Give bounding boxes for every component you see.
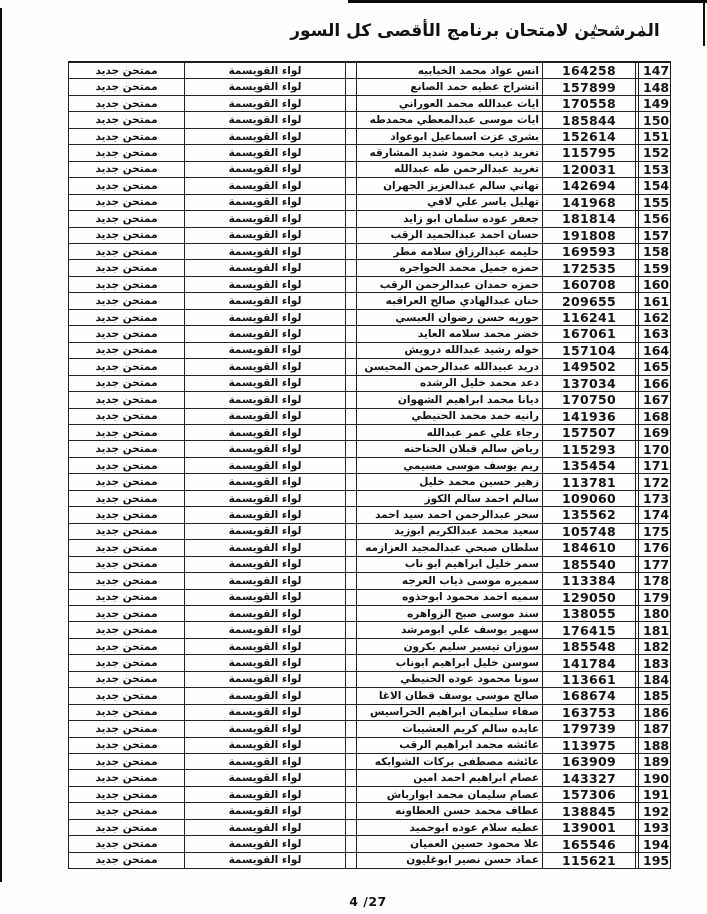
id-number-cell: 115795 <box>543 145 635 160</box>
name-cell: خضر محمد سلامه العايد <box>357 326 543 341</box>
name-cell: سالم احمد سالم الكوز <box>357 491 543 506</box>
table-row: ممتحن جديد لواء القويسمة صالح موسى يوسف … <box>68 688 671 704</box>
region-cell: لواء القويسمة <box>185 244 345 259</box>
spacer-cell <box>345 557 357 572</box>
spacer-cell <box>345 277 357 292</box>
row-number-cell: 180 <box>639 606 671 621</box>
row-number-cell: 159 <box>639 260 671 275</box>
region-cell: لواء القويسمة <box>185 705 345 720</box>
table-row: ممتحن جديد لواء القويسمة عائشه محمد ابرا… <box>68 738 671 754</box>
table-row: ممتحن جديد لواء القويسمة سميره موسى ذياب… <box>68 573 671 589</box>
name-cell: انس عواد محمد الخبابيه <box>357 63 543 78</box>
name-cell: ايات موسى عبدالمعطي محمدطه <box>357 112 543 127</box>
id-number-cell: 141936 <box>543 409 635 424</box>
status-cell: ممتحن جديد <box>68 721 185 736</box>
table-row: ممتحن جديد لواء القويسمة سميه احمد محمود… <box>68 590 671 606</box>
name-cell: سهير يوسف علي ابومرشد <box>357 622 543 637</box>
name-cell: سلطان صبحي عبدالمجيد العزازمه <box>357 540 543 555</box>
status-cell: ممتحن جديد <box>68 211 185 226</box>
row-number-cell: 195 <box>639 853 671 868</box>
row-number-cell: 162 <box>639 310 671 325</box>
status-cell: ممتحن جديد <box>68 557 185 572</box>
status-cell: ممتحن جديد <box>68 129 185 144</box>
region-cell: لواء القويسمة <box>185 590 345 605</box>
spacer-cell <box>345 425 357 440</box>
spacer-cell <box>345 458 357 473</box>
id-number-cell: 113661 <box>543 672 635 687</box>
status-cell: ممتحن جديد <box>68 260 185 275</box>
name-cell: صالح موسى يوسف قطان الاغا <box>357 688 543 703</box>
spacer-cell <box>345 721 357 736</box>
table-row: ممتحن جديد لواء القويسمة سونا محمود عوده… <box>68 672 671 688</box>
status-cell: ممتحن جديد <box>68 770 185 785</box>
id-number-cell: 185844 <box>543 112 635 127</box>
name-cell: عصام ابراهيم احمد امين <box>357 770 543 785</box>
id-number-cell: 191808 <box>543 228 635 243</box>
name-cell: تغريد ذيب محمود شديد المشارقه <box>357 145 543 160</box>
region-cell: لواء القويسمة <box>185 79 345 94</box>
name-cell: رجاء علي عمر عبدالله <box>357 425 543 440</box>
table-row: ممتحن جديد لواء القويسمة عايده سالم كريم… <box>68 721 671 737</box>
name-cell: سميره موسى ذياب العرجه <box>357 573 543 588</box>
region-cell: لواء القويسمة <box>185 688 345 703</box>
name-cell: عائشه مصطفى بركات الشوابكه <box>357 754 543 769</box>
row-number-cell: 164 <box>639 343 671 358</box>
region-cell: لواء القويسمة <box>185 145 345 160</box>
region-cell: لواء القويسمة <box>185 721 345 736</box>
name-cell: حوريه حسن رضوان العبسي <box>357 310 543 325</box>
row-number-cell: 148 <box>639 79 671 94</box>
region-cell: لواء القويسمة <box>185 557 345 572</box>
scan-artifact-top-line <box>348 0 707 3</box>
row-number-cell: 191 <box>639 787 671 802</box>
stray-mark: ٨ <box>593 23 598 33</box>
id-number-cell: 164258 <box>543 63 635 78</box>
id-number-cell: 152614 <box>543 129 635 144</box>
row-number-cell: 175 <box>639 524 671 539</box>
status-cell: ممتحن جديد <box>68 836 185 851</box>
row-number-cell: 179 <box>639 590 671 605</box>
id-number-cell: 139001 <box>543 820 635 835</box>
table-row: ممتحن جديد لواء القويسمة خوله رشيد عبدال… <box>68 343 671 359</box>
row-number-cell: 165 <box>639 359 671 374</box>
row-number-cell: 172 <box>639 474 671 489</box>
row-number-cell: 178 <box>639 573 671 588</box>
status-cell: ممتحن جديد <box>68 803 185 818</box>
region-cell: لواء القويسمة <box>185 96 345 111</box>
region-cell: لواء القويسمة <box>185 277 345 292</box>
table-row: ممتحن جديد لواء القويسمة عائشه مصطفى برك… <box>68 754 671 770</box>
id-number-cell: 135454 <box>543 458 635 473</box>
name-cell: عماد حسن نصير ابوغليون <box>357 853 543 868</box>
status-cell: ممتحن جديد <box>68 458 185 473</box>
region-cell: لواء القويسمة <box>185 754 345 769</box>
id-number-cell: 105748 <box>543 524 635 539</box>
region-cell: لواء القويسمة <box>185 803 345 818</box>
row-number-cell: 154 <box>639 178 671 193</box>
name-cell: خوله رشيد عبدالله درويش <box>357 343 543 358</box>
spacer-cell <box>345 803 357 818</box>
row-number-cell: 167 <box>639 392 671 407</box>
table-row: ممتحن جديد لواء القويسمة حمزه حمدان عبدا… <box>68 277 671 293</box>
spacer-cell <box>345 129 357 144</box>
table-row: ممتحن جديد لواء القويسمة رياض سالم قبلان… <box>68 441 671 457</box>
name-cell: عطاف محمد حسن العطاونه <box>357 803 543 818</box>
spacer-cell <box>345 211 357 226</box>
id-number-cell: 135562 <box>543 507 635 522</box>
status-cell: ممتحن جديد <box>68 853 185 868</box>
name-cell: دعد محمد خليل الرشده <box>357 376 543 391</box>
table-row: ممتحن جديد لواء القويسمة عطاف محمد حسن ا… <box>68 803 671 819</box>
row-number-cell: 189 <box>639 754 671 769</box>
status-cell: ممتحن جديد <box>68 655 185 670</box>
spacer-cell <box>345 260 357 275</box>
name-cell: عطيه سلام عوده ابوحميد <box>357 820 543 835</box>
spacer-cell <box>345 573 357 588</box>
row-number-cell: 184 <box>639 672 671 687</box>
id-number-cell: 138055 <box>543 606 635 621</box>
row-number-cell: 185 <box>639 688 671 703</box>
table-row: ممتحن جديد لواء القويسمة انشراح عطيه حمد… <box>68 79 671 95</box>
row-number-cell: 151 <box>639 129 671 144</box>
region-cell: لواء القويسمة <box>185 573 345 588</box>
id-number-cell: 115621 <box>543 853 635 868</box>
region-cell: لواء القويسمة <box>185 474 345 489</box>
row-number-cell: 190 <box>639 770 671 785</box>
id-number-cell: 157104 <box>543 343 635 358</box>
status-cell: ممتحن جديد <box>68 590 185 605</box>
spacer-cell <box>345 178 357 193</box>
region-cell: لواء القويسمة <box>185 458 345 473</box>
spacer-cell <box>345 112 357 127</box>
status-cell: ممتحن جديد <box>68 688 185 703</box>
name-cell: سونا محمود عوده الحنيطي <box>357 672 543 687</box>
candidates-table: ممتحن جديد لواء القويسمة انس عواد محمد ا… <box>68 61 671 869</box>
id-number-cell: 185548 <box>543 639 635 654</box>
id-number-cell: 179739 <box>543 721 635 736</box>
table-row: ممتحن جديد لواء القويسمة سالم احمد سالم … <box>68 491 671 507</box>
name-cell: سند موسى صبح الزواهره <box>357 606 543 621</box>
id-number-cell: 137034 <box>543 376 635 391</box>
row-number-cell: 158 <box>639 244 671 259</box>
row-number-cell: 173 <box>639 491 671 506</box>
table-row: ممتحن جديد لواء القويسمة دريد عبيدالله ع… <box>68 359 671 375</box>
spacer-cell <box>345 474 357 489</box>
spacer-cell <box>345 63 357 78</box>
name-cell: رانيه حمد محمد الحنيطي <box>357 409 543 424</box>
spacer-cell <box>345 655 357 670</box>
table-row: ممتحن جديد لواء القويسمة سهير يوسف علي ا… <box>68 622 671 638</box>
region-cell: لواء القويسمة <box>185 228 345 243</box>
id-number-cell: 141968 <box>543 195 635 210</box>
row-number-cell: 169 <box>639 425 671 440</box>
row-number-cell: 153 <box>639 162 671 177</box>
region-cell: لواء القويسمة <box>185 672 345 687</box>
table-row: ممتحن جديد لواء القويسمة دعد محمد خليل ا… <box>68 376 671 392</box>
region-cell: لواء القويسمة <box>185 738 345 753</box>
id-number-cell: 160708 <box>543 277 635 292</box>
table-row: ممتحن جديد لواء القويسمة بشرى عزت اسماعي… <box>68 129 671 145</box>
table-row: ممتحن جديد لواء القويسمة سند موسى صبح ال… <box>68 606 671 622</box>
region-cell: لواء القويسمة <box>185 178 345 193</box>
region-cell: لواء القويسمة <box>185 836 345 851</box>
region-cell: لواء القويسمة <box>185 359 345 374</box>
id-number-cell: 157306 <box>543 787 635 802</box>
spacer-cell <box>345 754 357 769</box>
id-number-cell: 143327 <box>543 770 635 785</box>
spacer-cell <box>345 376 357 391</box>
name-cell: علا محمود حسين العميان <box>357 836 543 851</box>
status-cell: ممتحن جديد <box>68 540 185 555</box>
spacer-cell <box>345 622 357 637</box>
status-cell: ممتحن جديد <box>68 524 185 539</box>
status-cell: ممتحن جديد <box>68 376 185 391</box>
table-row: ممتحن جديد لواء القويسمة عطيه سلام عوده … <box>68 820 671 836</box>
spacer-cell <box>345 705 357 720</box>
spacer-cell <box>345 392 357 407</box>
table-row: ممتحن جديد لواء القويسمة ديانا محمد ابرا… <box>68 392 671 408</box>
id-number-cell: 109060 <box>543 491 635 506</box>
id-number-cell: 181814 <box>543 211 635 226</box>
region-cell: لواء القويسمة <box>185 425 345 440</box>
status-cell: ممتحن جديد <box>68 425 185 440</box>
region-cell: لواء القويسمة <box>185 376 345 391</box>
status-cell: ممتحن جديد <box>68 738 185 753</box>
id-number-cell: 167061 <box>543 326 635 341</box>
row-number-cell: 183 <box>639 655 671 670</box>
table-row: ممتحن جديد لواء القويسمة عصام ابراهيم اح… <box>68 770 671 786</box>
spacer-cell <box>345 145 357 160</box>
status-cell: ممتحن جديد <box>68 326 185 341</box>
id-number-cell: 116241 <box>543 310 635 325</box>
row-number-cell: 192 <box>639 803 671 818</box>
row-number-cell: 193 <box>639 820 671 835</box>
name-cell: رياض سالم قبلان الحناحنه <box>357 441 543 456</box>
id-number-cell: 170558 <box>543 96 635 111</box>
table-row: ممتحن جديد لواء القويسمة خضر محمد سلامه … <box>68 326 671 342</box>
name-cell: جعفر عوده سلمان ابو زايد <box>357 211 543 226</box>
name-cell: عصام سليمان محمد ابوارباش <box>357 787 543 802</box>
table-row: ممتحن جديد لواء القويسمة حليمه عبدالرزاق… <box>68 244 671 260</box>
name-cell: حسان احمد عبدالحميد الرقب <box>357 228 543 243</box>
row-number-cell: 182 <box>639 639 671 654</box>
name-cell: سمر خليل ابراهيم ابو ناب <box>357 557 543 572</box>
table-row: ممتحن جديد لواء القويسمة حمزه جميل محمد … <box>68 260 671 276</box>
id-number-cell: 185540 <box>543 557 635 572</box>
status-cell: ممتحن جديد <box>68 162 185 177</box>
id-number-cell: 157507 <box>543 425 635 440</box>
spacer-cell <box>345 524 357 539</box>
spacer-cell <box>345 343 357 358</box>
name-cell: سعيد محمد عبدالكريم ابوزيد <box>357 524 543 539</box>
region-cell: لواء القويسمة <box>185 524 345 539</box>
status-cell: ممتحن جديد <box>68 491 185 506</box>
name-cell: زهير حسين محمد خليل <box>357 474 543 489</box>
status-cell: ممتحن جديد <box>68 672 185 687</box>
status-cell: ممتحن جديد <box>68 79 185 94</box>
row-number-cell: 150 <box>639 112 671 127</box>
region-cell: لواء القويسمة <box>185 392 345 407</box>
name-cell: انشراح عطيه حمد الصانع <box>357 79 543 94</box>
region-cell: لواء القويسمة <box>185 63 345 78</box>
id-number-cell: 165546 <box>543 836 635 851</box>
id-number-cell: 170750 <box>543 392 635 407</box>
table-row: ممتحن جديد لواء القويسمة علا محمود حسين … <box>68 836 671 852</box>
spacer-cell <box>345 820 357 835</box>
table-row: ممتحن جديد لواء القويسمة حوريه حسن رضوان… <box>68 310 671 326</box>
status-cell: ممتحن جديد <box>68 277 185 292</box>
status-cell: ممتحن جديد <box>68 195 185 210</box>
table-row: ممتحن جديد لواء القويسمة ريم يوسف موسى م… <box>68 458 671 474</box>
id-number-cell: 113975 <box>543 738 635 753</box>
id-number-cell: 209655 <box>543 293 635 308</box>
name-cell: عائشه محمد ابراهيم الرقب <box>357 738 543 753</box>
spacer-cell <box>345 738 357 753</box>
stray-mark: ١ <box>640 25 645 35</box>
name-cell: حليمه عبدالرزاق سلامه مطر <box>357 244 543 259</box>
region-cell: لواء القويسمة <box>185 540 345 555</box>
status-cell: ممتحن جديد <box>68 639 185 654</box>
row-number-cell: 177 <box>639 557 671 572</box>
spacer-cell <box>345 228 357 243</box>
row-number-cell: 163 <box>639 326 671 341</box>
spacer-cell <box>345 672 357 687</box>
status-cell: ممتحن جديد <box>68 63 185 78</box>
table-row: ممتحن جديد لواء القويسمة رانيه حمد محمد … <box>68 409 671 425</box>
row-number-cell: 194 <box>639 836 671 851</box>
region-cell: لواء القويسمة <box>185 853 345 868</box>
row-number-cell: 187 <box>639 721 671 736</box>
name-cell: تغريد عبدالرحمن طه عبدالله <box>357 162 543 177</box>
table-row: ممتحن جديد لواء القويسمة سحر عبدالرحمن ا… <box>68 507 671 523</box>
table-row: ممتحن جديد لواء القويسمة حسان احمد عبدال… <box>68 228 671 244</box>
table-row: ممتحن جديد لواء القويسمة رجاء علي عمر عب… <box>68 425 671 441</box>
name-cell: عايده سالم كريم العشيبات <box>357 721 543 736</box>
table-row: ممتحن جديد لواء القويسمة سمر خليل ابراهي… <box>68 557 671 573</box>
spacer-cell <box>345 540 357 555</box>
id-number-cell: 113384 <box>543 573 635 588</box>
status-cell: ممتحن جديد <box>68 820 185 835</box>
table-row: ممتحن جديد لواء القويسمة زهير حسين محمد … <box>68 474 671 490</box>
region-cell: لواء القويسمة <box>185 507 345 522</box>
region-cell: لواء القويسمة <box>185 770 345 785</box>
spacer-cell <box>345 79 357 94</box>
status-cell: ممتحن جديد <box>68 754 185 769</box>
spacer-cell <box>345 606 357 621</box>
status-cell: ممتحن جديد <box>68 145 185 160</box>
row-number-cell: 176 <box>639 540 671 555</box>
status-cell: ممتحن جديد <box>68 441 185 456</box>
row-number-cell: 188 <box>639 738 671 753</box>
status-cell: ممتحن جديد <box>68 705 185 720</box>
table-row: ممتحن جديد لواء القويسمة صفاء سليمان ابر… <box>68 705 671 721</box>
spacer-cell <box>345 491 357 506</box>
region-cell: لواء القويسمة <box>185 343 345 358</box>
table-row: ممتحن جديد لواء القويسمة سعيد محمد عبدال… <box>68 524 671 540</box>
name-cell: دريد عبيدالله عبدالرحمن المحيسن <box>357 359 543 374</box>
page-title: المرشحين لامتحان برنامج الأقصى كل السور <box>245 21 705 41</box>
region-cell: لواء القويسمة <box>185 606 345 621</box>
row-number-cell: 166 <box>639 376 671 391</box>
table-row: ممتحن جديد لواء القويسمة سلطان صبحي عبدا… <box>68 540 671 556</box>
status-cell: ممتحن جديد <box>68 507 185 522</box>
status-cell: ممتحن جديد <box>68 310 185 325</box>
region-cell: لواء القويسمة <box>185 129 345 144</box>
name-cell: سحر عبدالرحمن احمد سيد احمد <box>357 507 543 522</box>
id-number-cell: 113781 <box>543 474 635 489</box>
row-number-cell: 149 <box>639 96 671 111</box>
spacer-cell <box>345 441 357 456</box>
spacer-cell <box>345 507 357 522</box>
table-row: ممتحن جديد لواء القويسمة انس عواد محمد ا… <box>68 63 671 79</box>
status-cell: ممتحن جديد <box>68 178 185 193</box>
row-number-cell: 155 <box>639 195 671 210</box>
region-cell: لواء القويسمة <box>185 639 345 654</box>
spacer-cell <box>345 359 357 374</box>
id-number-cell: 120031 <box>543 162 635 177</box>
spacer-cell <box>345 787 357 802</box>
spacer-cell <box>345 293 357 308</box>
name-cell: تهليل ياسر علي لافي <box>357 195 543 210</box>
row-number-cell: 147 <box>639 63 671 78</box>
status-cell: ممتحن جديد <box>68 606 185 621</box>
row-number-cell: 157 <box>639 228 671 243</box>
row-number-cell: 171 <box>639 458 671 473</box>
id-number-cell: 176415 <box>543 622 635 637</box>
status-cell: ممتحن جديد <box>68 359 185 374</box>
row-number-cell: 161 <box>639 293 671 308</box>
row-number-cell: 186 <box>639 705 671 720</box>
region-cell: لواء القويسمة <box>185 491 345 506</box>
spacer-cell <box>345 688 357 703</box>
status-cell: ممتحن جديد <box>68 343 185 358</box>
name-cell: صفاء سليمان ابراهيم الحراسيس <box>357 705 543 720</box>
id-number-cell: 163909 <box>543 754 635 769</box>
name-cell: سوزان تيسير سليم بكرون <box>357 639 543 654</box>
name-cell: ديانا محمد ابراهيم الشهوان <box>357 392 543 407</box>
region-cell: لواء القويسمة <box>185 195 345 210</box>
row-number-cell: 170 <box>639 441 671 456</box>
id-number-cell: 141784 <box>543 655 635 670</box>
status-cell: ممتحن جديد <box>68 228 185 243</box>
id-number-cell: 115293 <box>543 441 635 456</box>
region-cell: لواء القويسمة <box>185 655 345 670</box>
id-number-cell: 184610 <box>543 540 635 555</box>
table-row: ممتحن جديد لواء القويسمة ايات موسى عبدال… <box>68 112 671 128</box>
id-number-cell: 169593 <box>543 244 635 259</box>
table-row: ممتحن جديد لواء القويسمة تهليل ياسر علي … <box>68 195 671 211</box>
spacer-cell <box>345 590 357 605</box>
row-number-cell: 168 <box>639 409 671 424</box>
spacer-cell <box>345 639 357 654</box>
region-cell: لواء القويسمة <box>185 622 345 637</box>
spacer-cell <box>345 409 357 424</box>
table-row: ممتحن جديد لواء القويسمة تغريد عبدالرحمن… <box>68 162 671 178</box>
name-cell: حنان عبدالهادي صالح العراقبه <box>357 293 543 308</box>
region-cell: لواء القويسمة <box>185 310 345 325</box>
table-row: ممتحن جديد لواء القويسمة تهاني سالم عبدا… <box>68 178 671 194</box>
status-cell: ممتحن جديد <box>68 244 185 259</box>
spacer-cell <box>345 326 357 341</box>
row-number-cell: 160 <box>639 277 671 292</box>
id-number-cell: 129050 <box>543 590 635 605</box>
table-row: ممتحن جديد لواء القويسمة عصام سليمان محم… <box>68 787 671 803</box>
scan-artifact-left-line <box>0 8 2 882</box>
name-cell: ايات عبدالله محمد العوراني <box>357 96 543 111</box>
id-number-cell: 149502 <box>543 359 635 374</box>
table-row: ممتحن جديد لواء القويسمة جعفر عوده سلمان… <box>68 211 671 227</box>
spacer-cell <box>345 310 357 325</box>
